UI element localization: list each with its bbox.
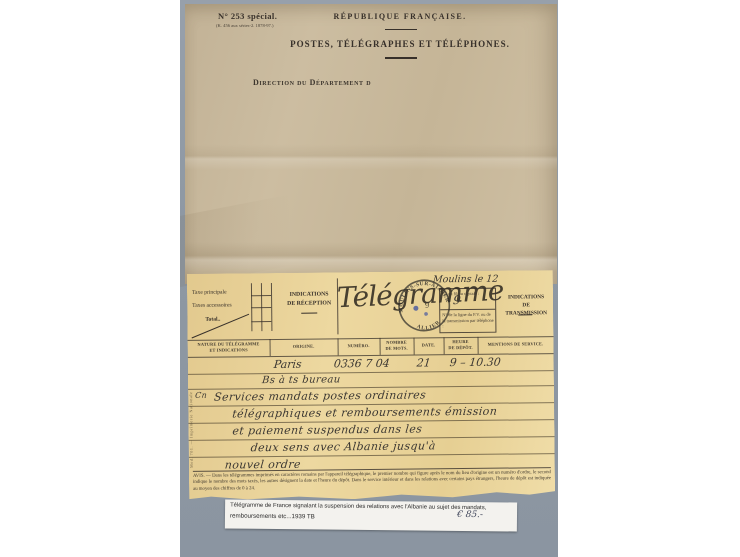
column-header-mentions: MENTIONS DE SERVICE.: [477, 336, 553, 354]
handwritten-margin-note: Cn: [195, 391, 208, 400]
message-line: deux sens avec Albanie jusqu'à: [250, 439, 436, 454]
column-header-origine: ORIGINE.: [270, 338, 338, 356]
message-line: et paiement suspendus dans les: [232, 422, 423, 437]
dealer-label: Télégramme de France signalant la suspen…: [225, 499, 517, 531]
column-header-nature: NATURE DU TÉLÉGRAMME ET INDICATIONS: [188, 339, 270, 357]
blue-ink-mark: [424, 312, 428, 316]
reception-underline: [301, 313, 317, 314]
ruled-line: [188, 370, 554, 375]
heading-divider: [385, 57, 417, 59]
entry-origine: Paris: [273, 358, 302, 371]
handwritten-place-date: Moulins le 12: [432, 274, 498, 286]
routing-box: N° du fil ou copiale : N° de la ligne du…: [439, 288, 496, 334]
cancellation-slash: [192, 314, 250, 339]
printer-imprint: Mod. 701. — Imprimerie Nationale: [188, 366, 194, 468]
letterhead-document: N° 253 spécial. (K. 456 aux séries-2. 18…: [185, 4, 557, 284]
handwritten-routing: Bs à ts bureau: [261, 374, 341, 386]
auction-lot-photo: N° 253 spécial. (K. 456 aux séries-2. 18…: [0, 0, 740, 557]
column-header-date: DATE.: [414, 337, 444, 354]
tax-grid-line: [251, 321, 271, 322]
routing-box-line2: N° de la ligne du P.V. ou de la transmis…: [442, 312, 494, 330]
republique-heading: RÉPUBLIQUE FRANÇAISE.: [295, 12, 505, 21]
taxes-accessoires-label: Taxes accessoires: [192, 302, 232, 308]
transmission-label-line1: INDICATIONS: [501, 293, 551, 302]
column-header-numero: NUMÉRO.: [338, 338, 380, 355]
entry-date: 21: [416, 356, 431, 369]
reception-label-line1: INDICATIONS: [283, 290, 335, 299]
taxe-principale-label: Taxe principale: [192, 290, 227, 296]
column-header-mots: NOMBRE DE MOTS.: [380, 338, 414, 355]
entry-numero: 0336 7 04: [333, 357, 390, 371]
column-header-heure: HEURE DE DÉPÔT.: [443, 337, 477, 354]
heading-divider: [385, 29, 417, 30]
message-line: télégraphiques et remboursements émissio…: [232, 405, 498, 421]
photo-area: N° 253 spécial. (K. 456 aux séries-2. 18…: [180, 0, 558, 557]
dealer-label-line2: remboursements etc...1939 TB: [230, 513, 315, 521]
avis-fine-print: AVIS. — Dans les télégrammes imprimés en…: [193, 467, 551, 493]
tax-grid-line: [251, 295, 271, 296]
entry-heure-mentions: 9 – 10.30: [449, 356, 501, 370]
reception-label: INDICATIONS DE RÉCEPTION: [283, 290, 335, 308]
fold-crease: [185, 144, 557, 170]
form-reference-note: (K. 456 aux séries-2. 1878-97.): [216, 23, 274, 28]
telegram-form: Taxe principale Taxes accessoires Total.…: [187, 270, 555, 501]
ruled-line: [189, 453, 555, 458]
ptt-heading: POSTES, TÉLÉGRAPHES ET TÉLÉPHONES.: [275, 39, 525, 49]
blue-ink-mark: [413, 305, 419, 311]
transmission-label-line2: DE TRANSMISSION: [501, 301, 551, 318]
stamp-date-text: 9: [424, 299, 431, 310]
taxe-total-label: Total..: [205, 317, 220, 323]
reception-label-line2: DE RÉCEPTION: [283, 299, 335, 308]
transmission-underline: [518, 314, 532, 315]
form-number: N° 253 spécial.: [218, 11, 277, 21]
message-line: Services mandats postes ordinaires: [213, 388, 426, 403]
price-annotation: € 85.-: [456, 510, 483, 520]
fold-crease: [185, 242, 557, 272]
tax-grid-line: [251, 307, 271, 308]
direction-line: Direction du Département d: [253, 78, 371, 87]
routing-box-divider: [440, 309, 495, 310]
routing-box-line1: N° du fil ou copiale :: [442, 291, 494, 297]
